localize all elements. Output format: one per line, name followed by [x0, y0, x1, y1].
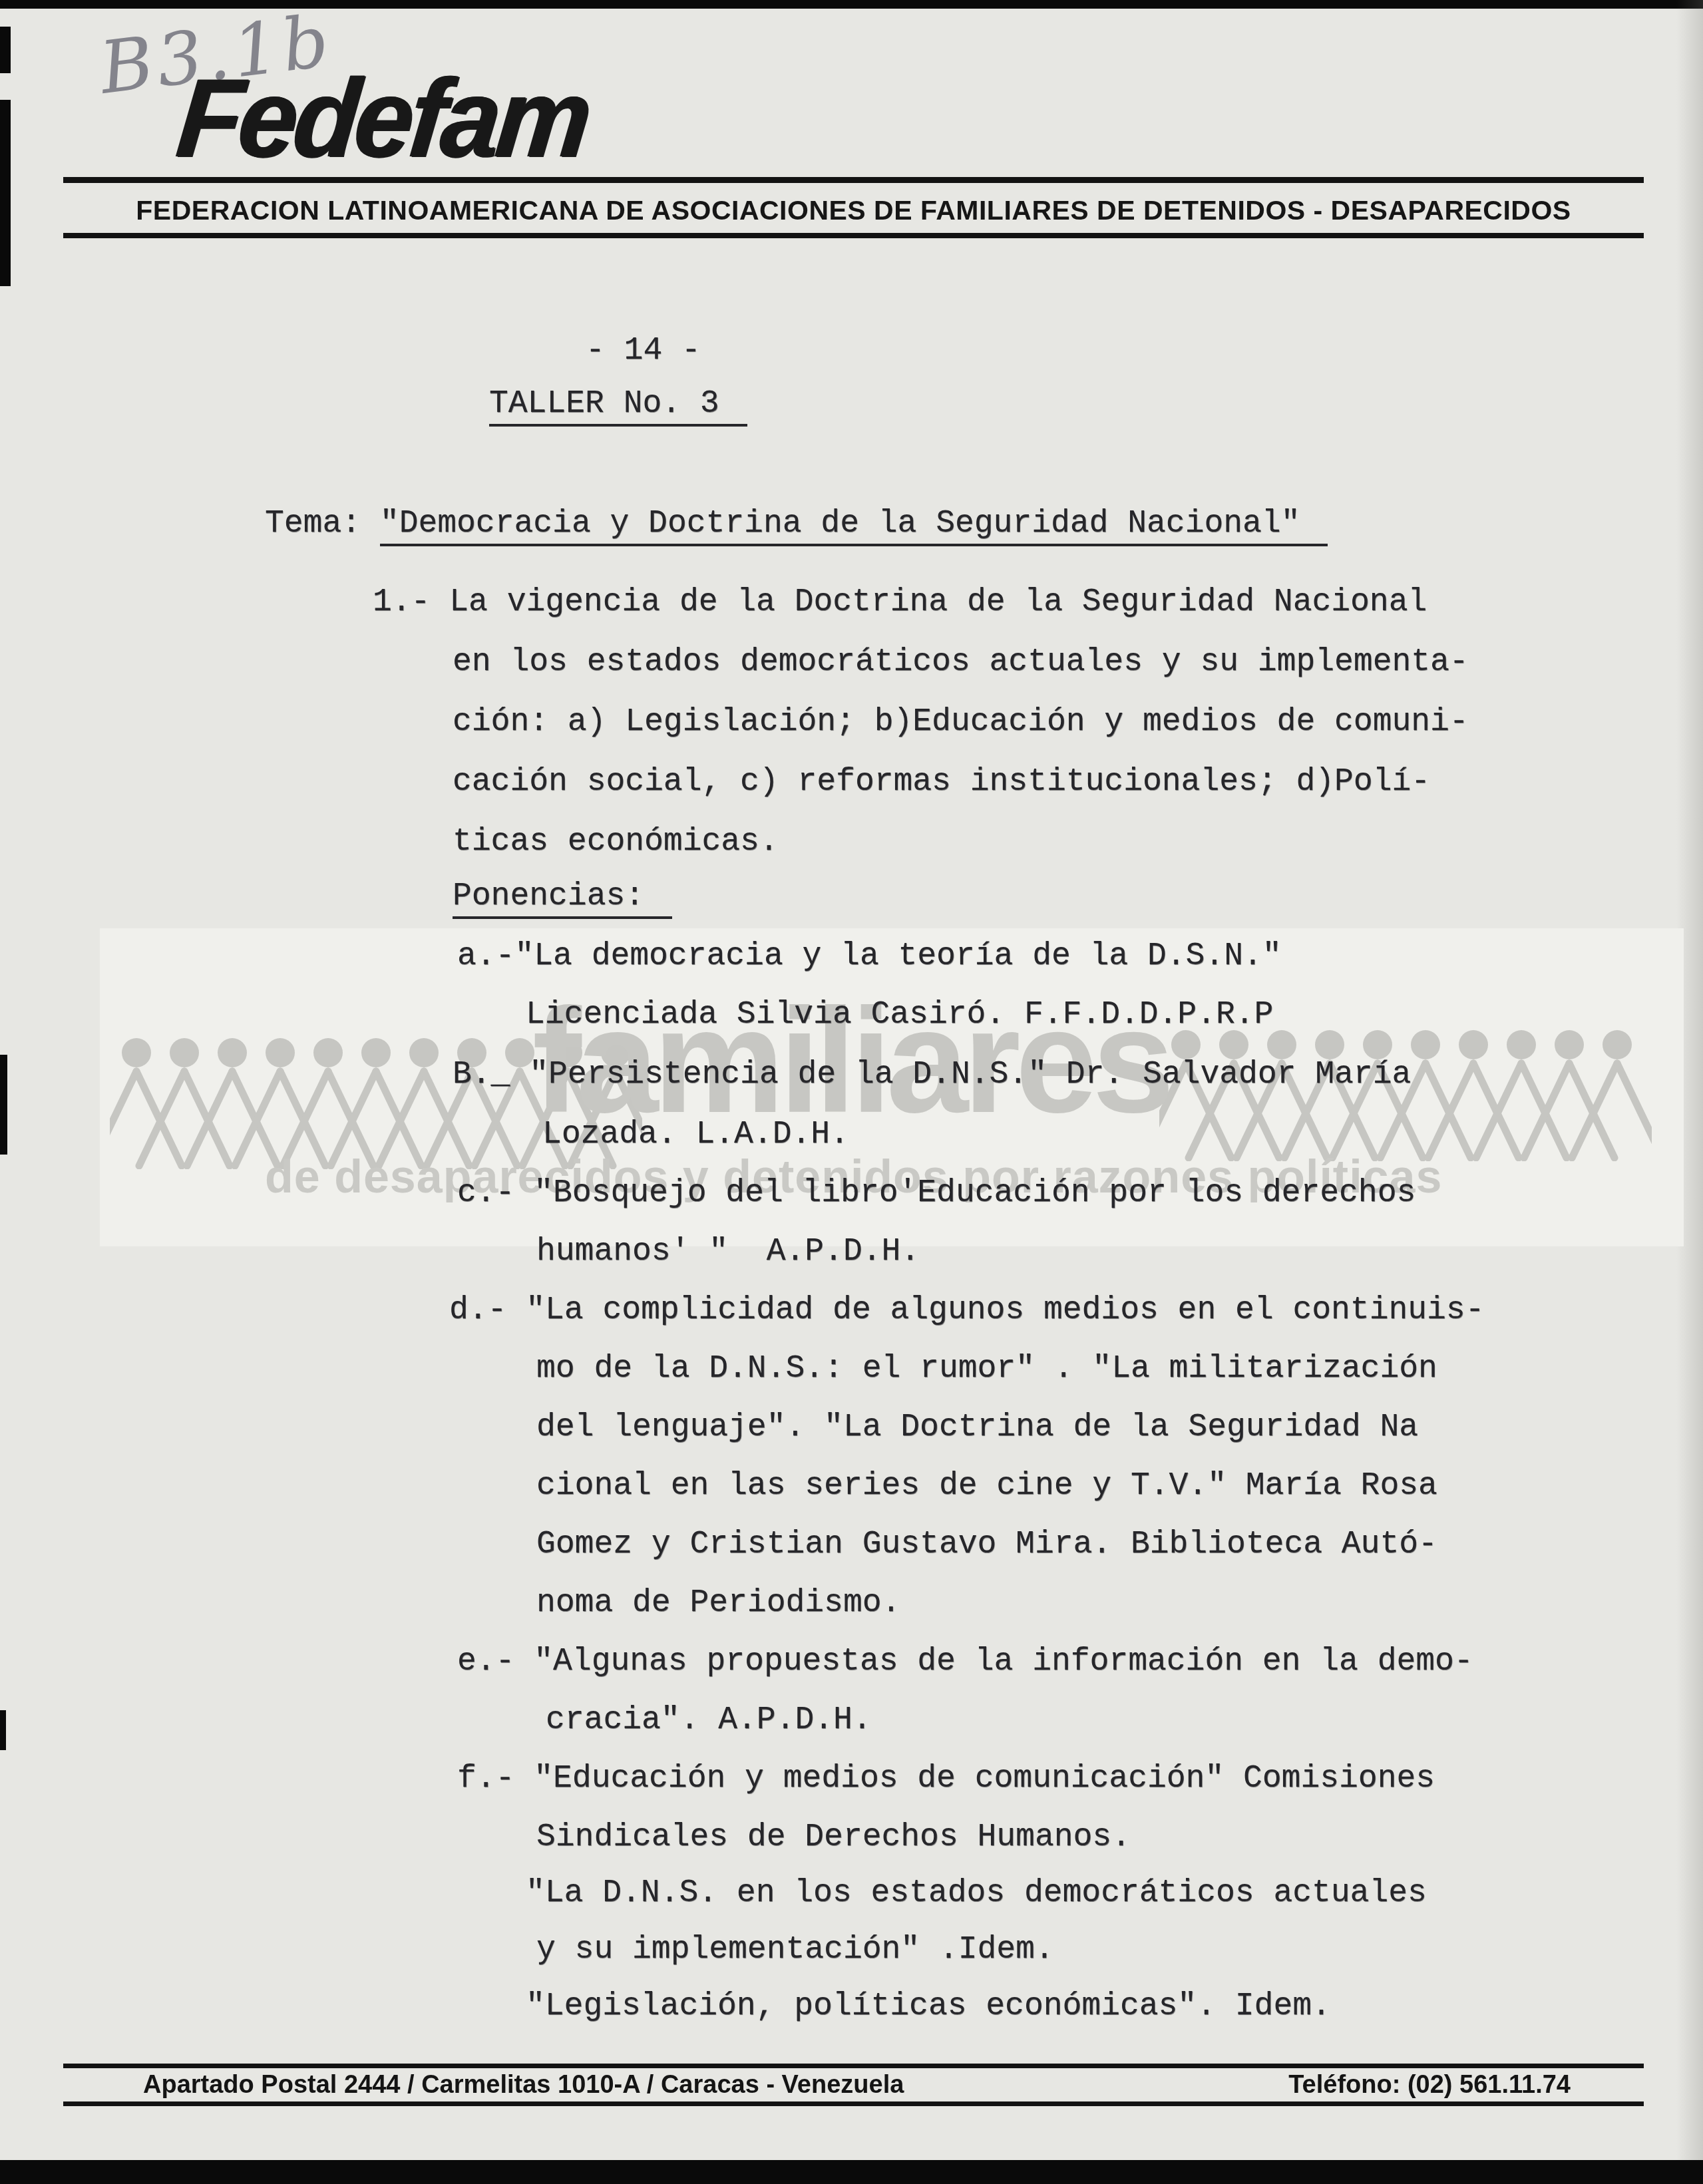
typed-text-layer: - 14 -TALLER No. 3Tema: "Democracia y Do… [0, 0, 1703, 2184]
typed-line-segment: del lenguaje". "La Doctrina de la Seguri… [536, 1409, 1418, 1445]
footer-rule-bottom [63, 2101, 1644, 2106]
typed-line: cación social, c) reformas institucional… [453, 764, 1430, 800]
typed-line: noma de Periodismo. [536, 1585, 900, 1621]
footer-address: Apartado Postal 2444 / Carmelitas 1010-A… [143, 2071, 904, 2099]
typed-line-segment: humanos' " A.P.D.H. [536, 1234, 920, 1270]
typed-line: - 14 - [586, 333, 701, 369]
footer-phone: Teléfono: (02) 561.11.74 [1264, 2071, 1571, 2099]
typed-line-segment: "La D.N.S. en los estados democráticos a… [526, 1875, 1427, 1911]
typed-line-segment: Licenciada Silvia Casiró. F.F.D.D.P.R.P [526, 997, 1273, 1033]
typed-line-segment: - 14 - [586, 333, 701, 369]
typed-line: ticas económicas. [453, 824, 779, 860]
scan-artifact-bottom-bar [0, 2160, 1703, 2184]
typed-line-segment: mo de la D.N.S.: el rumor" . "La militar… [536, 1351, 1437, 1387]
typed-line: f.- "Educación y medios de comunicación"… [457, 1761, 1435, 1797]
typed-line: e.- "Algunas propuestas de la informació… [457, 1644, 1473, 1680]
typed-line: ción: a) Legislación; b)Educación y medi… [453, 704, 1469, 740]
typed-line: c.- "Bosquejo del libro'Educación por lo… [457, 1175, 1416, 1211]
typed-line-segment: Gomez y Cristian Gustavo Mira. Bibliotec… [536, 1527, 1437, 1562]
typed-line: d.- "La complicidad de algunos medios en… [449, 1292, 1484, 1328]
typed-line: cracia". A.P.D.H. [546, 1702, 872, 1738]
typed-line-segment: c.- "Bosquejo del libro'Educación por lo… [457, 1175, 1416, 1211]
typed-line: a.-"La democracia y la teoría de la D.S.… [457, 938, 1282, 974]
typed-line-segment: Tema: [265, 506, 380, 542]
typed-line: TALLER No. 3 [489, 386, 747, 422]
typed-line-segment: B._ "Persistencia de la D.N.S." Dr. Salv… [453, 1057, 1411, 1093]
typed-line-segment: Lozada. L.A.D.H. [542, 1117, 849, 1153]
typed-line-segment: noma de Periodismo. [536, 1585, 900, 1621]
typed-line: Gomez y Cristian Gustavo Mira. Bibliotec… [536, 1527, 1437, 1562]
typed-line: cional en las series de cine y T.V." Mar… [536, 1468, 1437, 1504]
typed-line: B._ "Persistencia de la D.N.S." Dr. Salv… [453, 1057, 1411, 1093]
typed-line-segment: TALLER No. 3 [489, 386, 747, 427]
typed-line-segment: cional en las series de cine y T.V." Mar… [536, 1468, 1437, 1504]
typed-line: 1.- La vigencia de la Doctrina de la Seg… [373, 584, 1427, 620]
typed-line-segment: "Legislación, políticas económicas". Ide… [526, 1988, 1331, 2024]
typed-line-segment: en los estados democráticos actuales y s… [453, 644, 1469, 680]
footer-rule-top [63, 2064, 1644, 2068]
typed-line: mo de la D.N.S.: el rumor" . "La militar… [536, 1351, 1437, 1387]
typed-line-segment: a.-"La democracia y la teoría de la D.S.… [457, 938, 1282, 974]
typed-line: del lenguaje". "La Doctrina de la Seguri… [536, 1409, 1418, 1445]
typed-line-segment: 1.- La vigencia de la Doctrina de la Seg… [373, 584, 1427, 620]
typed-line-segment: ticas económicas. [453, 824, 779, 860]
scanned-document-page: B3.1b Fedefam FEDERACION LATINOAMERICANA… [0, 0, 1703, 2184]
typed-line: humanos' " A.P.D.H. [536, 1234, 920, 1270]
typed-line-segment: ción: a) Legislación; b)Educación y medi… [453, 704, 1469, 740]
typed-line-segment: f.- "Educación y medios de comunicación"… [457, 1761, 1435, 1797]
typed-line: Ponencias: [453, 878, 672, 914]
typed-line: Tema: "Democracia y Doctrina de la Segur… [265, 506, 1328, 542]
typed-line: Lozada. L.A.D.H. [542, 1117, 849, 1153]
typed-line-segment: cracia". A.P.D.H. [546, 1702, 872, 1738]
typed-line: en los estados democráticos actuales y s… [453, 644, 1469, 680]
typed-line-segment: d.- "La complicidad de algunos medios en… [449, 1292, 1484, 1328]
typed-line: "La D.N.S. en los estados democráticos a… [526, 1875, 1427, 1911]
typed-line: y su implementación" .Idem. [536, 1932, 1054, 1968]
typed-line: Licenciada Silvia Casiró. F.F.D.D.P.R.P [526, 997, 1273, 1033]
typed-line-segment: Sindicales de Derechos Humanos. [536, 1819, 1131, 1855]
typed-line: Sindicales de Derechos Humanos. [536, 1819, 1131, 1855]
typed-line-segment: cación social, c) reformas institucional… [453, 764, 1430, 800]
typed-line-segment: Ponencias: [453, 878, 672, 919]
typed-line-segment: y su implementación" .Idem. [536, 1932, 1054, 1968]
typed-line-segment: e.- "Algunas propuestas de la informació… [457, 1644, 1473, 1680]
typed-line: "Legislación, políticas económicas". Ide… [526, 1988, 1331, 2024]
typed-line-segment: "Democracia y Doctrina de la Seguridad N… [380, 506, 1328, 546]
